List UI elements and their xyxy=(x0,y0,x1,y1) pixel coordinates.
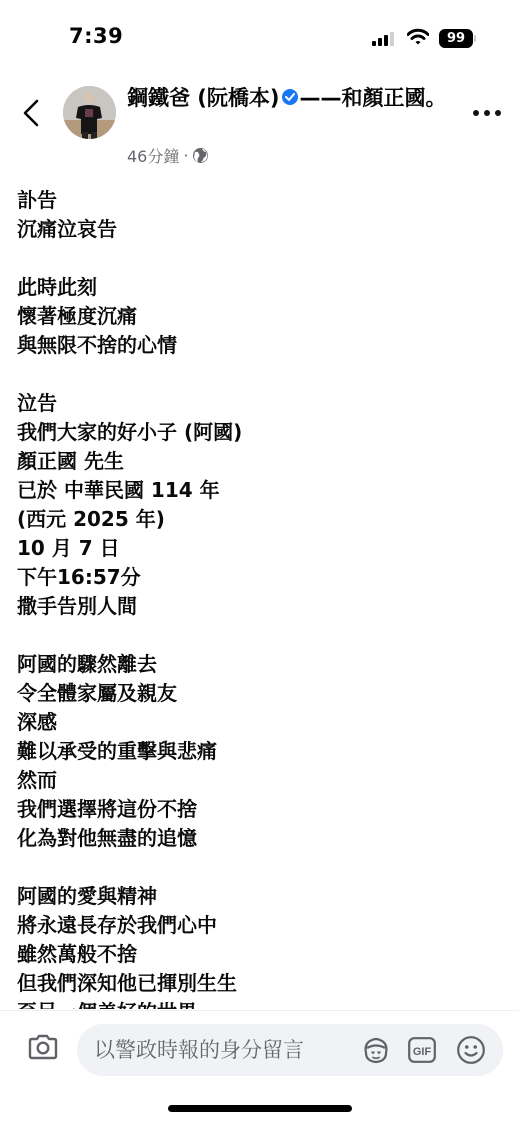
author-name[interactable]: 鋼鐵爸 (阮橋本) xyxy=(127,86,280,110)
body-line: 令全體家屬及親友 xyxy=(17,679,497,708)
globe-icon xyxy=(192,147,209,164)
body-line: 我們選擇將這份不捨 xyxy=(17,795,497,824)
avatar-photo xyxy=(63,86,116,139)
post-author-line: 鋼鐵爸 (阮橋本)——和顏正國。 xyxy=(127,84,457,113)
body-line: 雖然萬般不捨 xyxy=(17,940,497,969)
avatar-sticker-icon[interactable] xyxy=(361,1035,391,1065)
gif-button[interactable]: GIF xyxy=(408,1037,436,1063)
dot xyxy=(484,110,490,116)
emoji-icon[interactable] xyxy=(456,1035,486,1065)
body-line xyxy=(17,853,497,882)
body-line: 沉痛泣哀告 xyxy=(17,215,497,244)
body-line: 顏正國 先生 xyxy=(17,447,497,476)
body-line xyxy=(17,621,497,650)
comment-placeholder: 以警政時報的身分留言 xyxy=(94,1024,304,1076)
body-line: 我們大家的好小子 (阿國) xyxy=(17,418,497,447)
body-line xyxy=(17,360,497,389)
post-body: 訃告 沉痛泣哀告 此時此刻 懷著極度沉痛 與無限不捨的心情 泣告 我們大家的好小… xyxy=(17,186,497,1009)
post-header: 鋼鐵爸 (阮橋本)——和顏正國。 46分鐘 · xyxy=(0,80,519,170)
body-line: 將永遠長存於我們心中 xyxy=(17,911,497,940)
camera-icon[interactable] xyxy=(27,1033,59,1061)
tag-suffix: 。 xyxy=(426,86,447,110)
verified-badge-icon xyxy=(282,89,298,105)
body-line xyxy=(17,244,497,273)
body-line: 泣告 xyxy=(17,389,497,418)
author-avatar[interactable] xyxy=(63,86,116,139)
back-button[interactable] xyxy=(18,98,46,128)
battery-icon: 99 xyxy=(439,29,473,48)
body-line: 深感 xyxy=(17,708,497,737)
body-line: 阿國的愛與精神 xyxy=(17,882,497,911)
comment-input[interactable]: 以警政時報的身分留言 GIF xyxy=(77,1024,503,1076)
body-line: 10 月 7 日 xyxy=(17,534,497,563)
body-line: 至另一個美好的世界 xyxy=(17,998,497,1009)
tagged-person[interactable]: 顏正國 xyxy=(363,86,426,110)
more-options-button[interactable] xyxy=(473,108,501,118)
dot xyxy=(473,110,479,116)
body-line: (西元 2025 年) xyxy=(17,505,497,534)
body-line: 已於 中華民國 114 年 xyxy=(17,476,497,505)
body-line: 然而 xyxy=(17,766,497,795)
body-line: 與無限不捨的心情 xyxy=(17,331,497,360)
body-line: 懷著極度沉痛 xyxy=(17,302,497,331)
body-line: 但我們深知他已揮別生生 xyxy=(17,969,497,998)
body-line: 訃告 xyxy=(17,186,497,215)
home-indicator[interactable] xyxy=(168,1105,352,1112)
status-time: 7:39 xyxy=(69,24,123,48)
post-meta: 46分鐘 · xyxy=(127,144,209,167)
body-line: 阿國的驟然離去 xyxy=(17,650,497,679)
body-line: 撒手告別人間 xyxy=(17,592,497,621)
tag-prefix: ——和 xyxy=(300,86,363,110)
meta-separator: · xyxy=(183,146,188,165)
wifi-icon xyxy=(407,28,429,46)
svg-text:GIF: GIF xyxy=(413,1046,432,1058)
dot xyxy=(495,110,501,116)
cellular-signal-icon xyxy=(372,32,394,46)
post-timestamp[interactable]: 46分鐘 xyxy=(127,144,179,167)
status-bar: 7:39 99 xyxy=(0,0,519,75)
gif-icon: GIF xyxy=(408,1037,436,1063)
body-line: 此時此刻 xyxy=(17,273,497,302)
body-line: 難以承受的重擊與悲痛 xyxy=(17,737,497,766)
battery-tip xyxy=(474,35,476,42)
body-line: 下午16:57分 xyxy=(17,563,497,592)
body-line: 化為對他無盡的追憶 xyxy=(17,824,497,853)
